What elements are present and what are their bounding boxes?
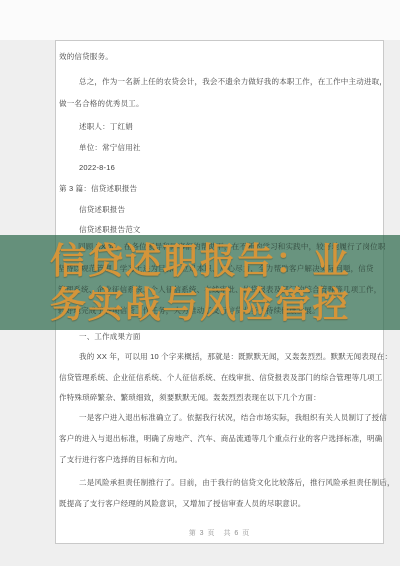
- page-footer: 第 3 页 共 6 页: [56, 528, 383, 538]
- text-line: 信贷管理系统、企业征信系统、个人征信系统、在线审批、信贷报表及部门的综合管理等几…: [59, 373, 382, 383]
- text-line: 信贷述职报告范文: [79, 225, 141, 235]
- text-line: 一、工作成果方面: [79, 332, 141, 342]
- watermark-band: 回顾 XX 年，在各位领导和同事们的帮助下，在不断的学习和实践中，较好地履行了岗…: [0, 235, 400, 330]
- text-line: 了支行进行客户选择的目标和方向。: [59, 455, 182, 465]
- text-line: 单位：常宁信用社: [79, 143, 141, 153]
- text-line: 我的 XX 年，可以用 10 个字来概括，那就是：既默默无闻，又轰轰烈烈。默默无…: [79, 352, 392, 362]
- text-line: 客户的进入与退出标准，明确了房地产、汽车、商品流通等几个重点行业的客户选择标准，…: [59, 434, 382, 444]
- watermark-title: 信贷述职报告：业 务实战与风险管控: [0, 239, 400, 327]
- text-line: 总之，作为一名新上任的农贷会计，我会不遗余力做好我的本职工作，在工作中主动进取，: [79, 77, 387, 87]
- text-line: 二是风险承担责任制推行了。目前，由于我行的信贷文化比较落后，推行风险承担责任制后…: [79, 478, 395, 488]
- text-line: 第 3 篇：信贷述职报告: [59, 184, 137, 194]
- text-line: 效的信贷服务。: [59, 52, 113, 62]
- watermark-title-line2: 务实战与风险管控: [0, 283, 400, 327]
- text-line: 作特殊琐碎繁杂、繁琐细致，须要默默无闻。轰轰烈烈表现在以下几个方面：: [59, 393, 321, 403]
- watermark-title-line1: 信贷述职报告：业: [0, 239, 400, 283]
- text-line: 做一名合格的优秀员工。: [59, 99, 144, 109]
- text-line: 述职人：丁红娟: [79, 122, 133, 132]
- document-viewer: 效的信贷服务。总之，作为一名新上任的农贷会计，我会不遗余力做好我的本职工作，在工…: [0, 0, 400, 566]
- text-line: 一是客户进入退出标准确立了。依据我行状况，结合市场实际，我组织有关人员制订了授信: [79, 413, 387, 423]
- text-line: 既提高了支行客户经理的风险意识，又增加了授信审查人员的尽职意识。: [59, 499, 305, 509]
- text-line: 2022-8-16: [79, 163, 115, 173]
- text-line: 信贷述职报告: [79, 205, 125, 215]
- outer-background-top: [0, 0, 400, 40]
